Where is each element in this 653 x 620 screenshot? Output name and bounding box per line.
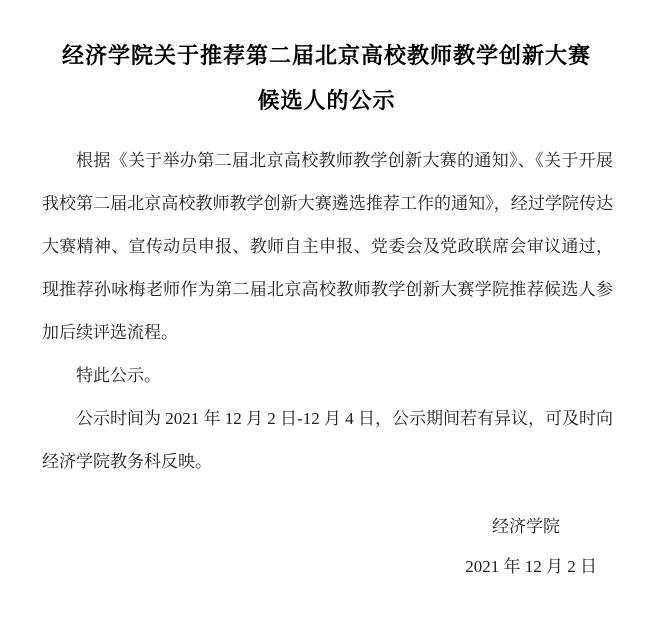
paragraph-hereby-announced: 特此公示。 [42, 354, 613, 397]
document-title: 经济学院关于推荐第二届北京高校教师教学创新大赛 候选人的公示 [0, 0, 653, 123]
signature-date: 2021 年 12 月 2 日 [0, 547, 653, 587]
document-body: 根据《关于举办第二届北京高校教师教学创新大赛的通知》、《关于开展我校第二届北京高… [0, 139, 653, 483]
announcement-document: 经济学院关于推荐第二届北京高校教师教学创新大赛 候选人的公示 根据《关于举办第二… [0, 0, 653, 620]
document-title-line-2: 候选人的公示 [0, 78, 653, 123]
paragraph-basis-and-recommendation: 根据《关于举办第二届北京高校教师教学创新大赛的通知》、《关于开展我校第二届北京高… [42, 139, 613, 354]
paragraph-publicity-period: 公示时间为 2021 年 12 月 2 日-12 月 4 日，公示期间若有异议，… [42, 397, 613, 483]
document-title-line-1: 经济学院关于推荐第二届北京高校教师教学创新大赛 [0, 33, 653, 78]
signature-block: 经济学院 2021 年 12 月 2 日 [0, 507, 653, 587]
signature-issuer: 经济学院 [0, 507, 653, 547]
